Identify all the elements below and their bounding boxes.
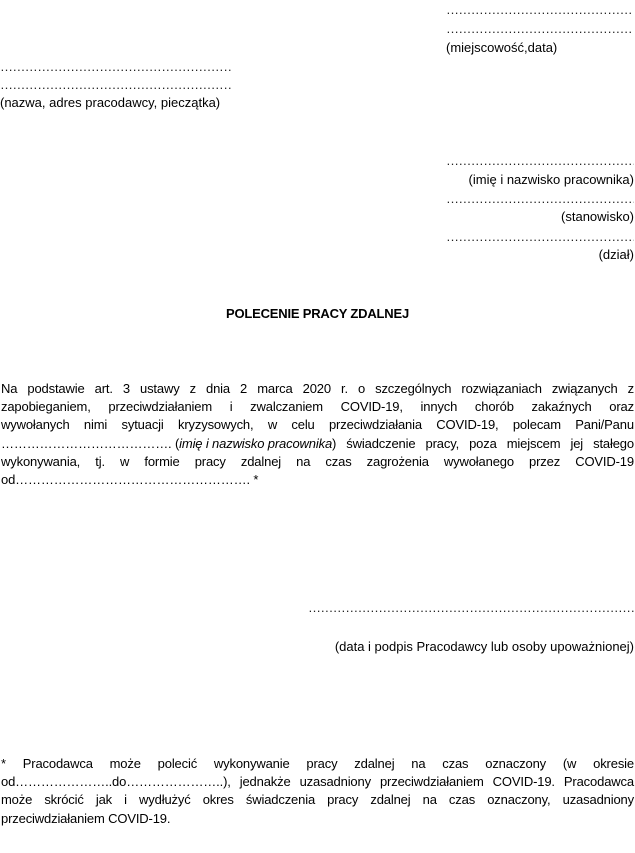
employee-name-inline: …………………………………. (imię i nazwisko pracowni… (1, 435, 634, 453)
position-label: (stanowisko) (561, 209, 634, 225)
signature-dots: ………………………………………………………………………………….. (308, 600, 634, 616)
position-dots: …………………………………………………… (446, 191, 634, 207)
employer-dots-2: ……………………………………………………………… (0, 77, 233, 93)
main-paragraph-line: od………………………………………………. * (1, 471, 634, 489)
place-date-dots-2: …………………………………………………… (446, 21, 632, 37)
main-paragraph-line: Napodstawieart.3ustawyzdnia2marca2020r.o… (1, 380, 634, 398)
footnote-line: przeciwdziałaniem COVID-19. (1, 810, 634, 828)
employer-label: (nazwa, adres pracodawcy, pieczątka) (0, 95, 220, 111)
main-paragraph-line: …………………………………. (imię i nazwisko pracowni… (1, 435, 634, 453)
footnote-paragraph: *Pracodawcamożepolecićwykonywaniepracyzd… (1, 755, 634, 828)
employer-dots-1: ……………………………………………………………… (0, 59, 233, 75)
employee-name-label: (imię i nazwisko pracownika) (469, 172, 634, 188)
signature-label: (data i podpis Pracodawcy lub osoby upow… (335, 639, 634, 655)
department-label: (dział) (599, 247, 634, 263)
footnote-line: *Pracodawcamożepolecićwykonywaniepracyzd… (1, 755, 634, 773)
main-paragraph-line: zapobieganiem,przeciwdziałaniemizwalczan… (1, 398, 634, 416)
footnote-line: możeskrócićjakiwydłużyćokresświadczeniap… (1, 791, 634, 809)
place-date-dots-1: …………………………………………………… (446, 2, 632, 18)
main-paragraph: Napodstawieart.3ustawyzdnia2marca2020r.o… (1, 380, 634, 489)
document-title: POLECENIE PRACY ZDALNEJ (0, 306, 635, 321)
employee-name-dots: …………………………………………………… (446, 153, 634, 169)
place-date-label: (miejscowość,data) (446, 40, 557, 56)
footnote-line: od…………………..do…………………..),jednakżeuzasadni… (1, 773, 634, 791)
main-paragraph-line: wykonywania,tj.wformiepracyzdalnejnaczas… (1, 453, 634, 471)
main-paragraph-line: wywołanychnimisytuacjikryzysowych,wcelup… (1, 416, 634, 434)
department-dots: …………………………………………………… (446, 229, 634, 245)
